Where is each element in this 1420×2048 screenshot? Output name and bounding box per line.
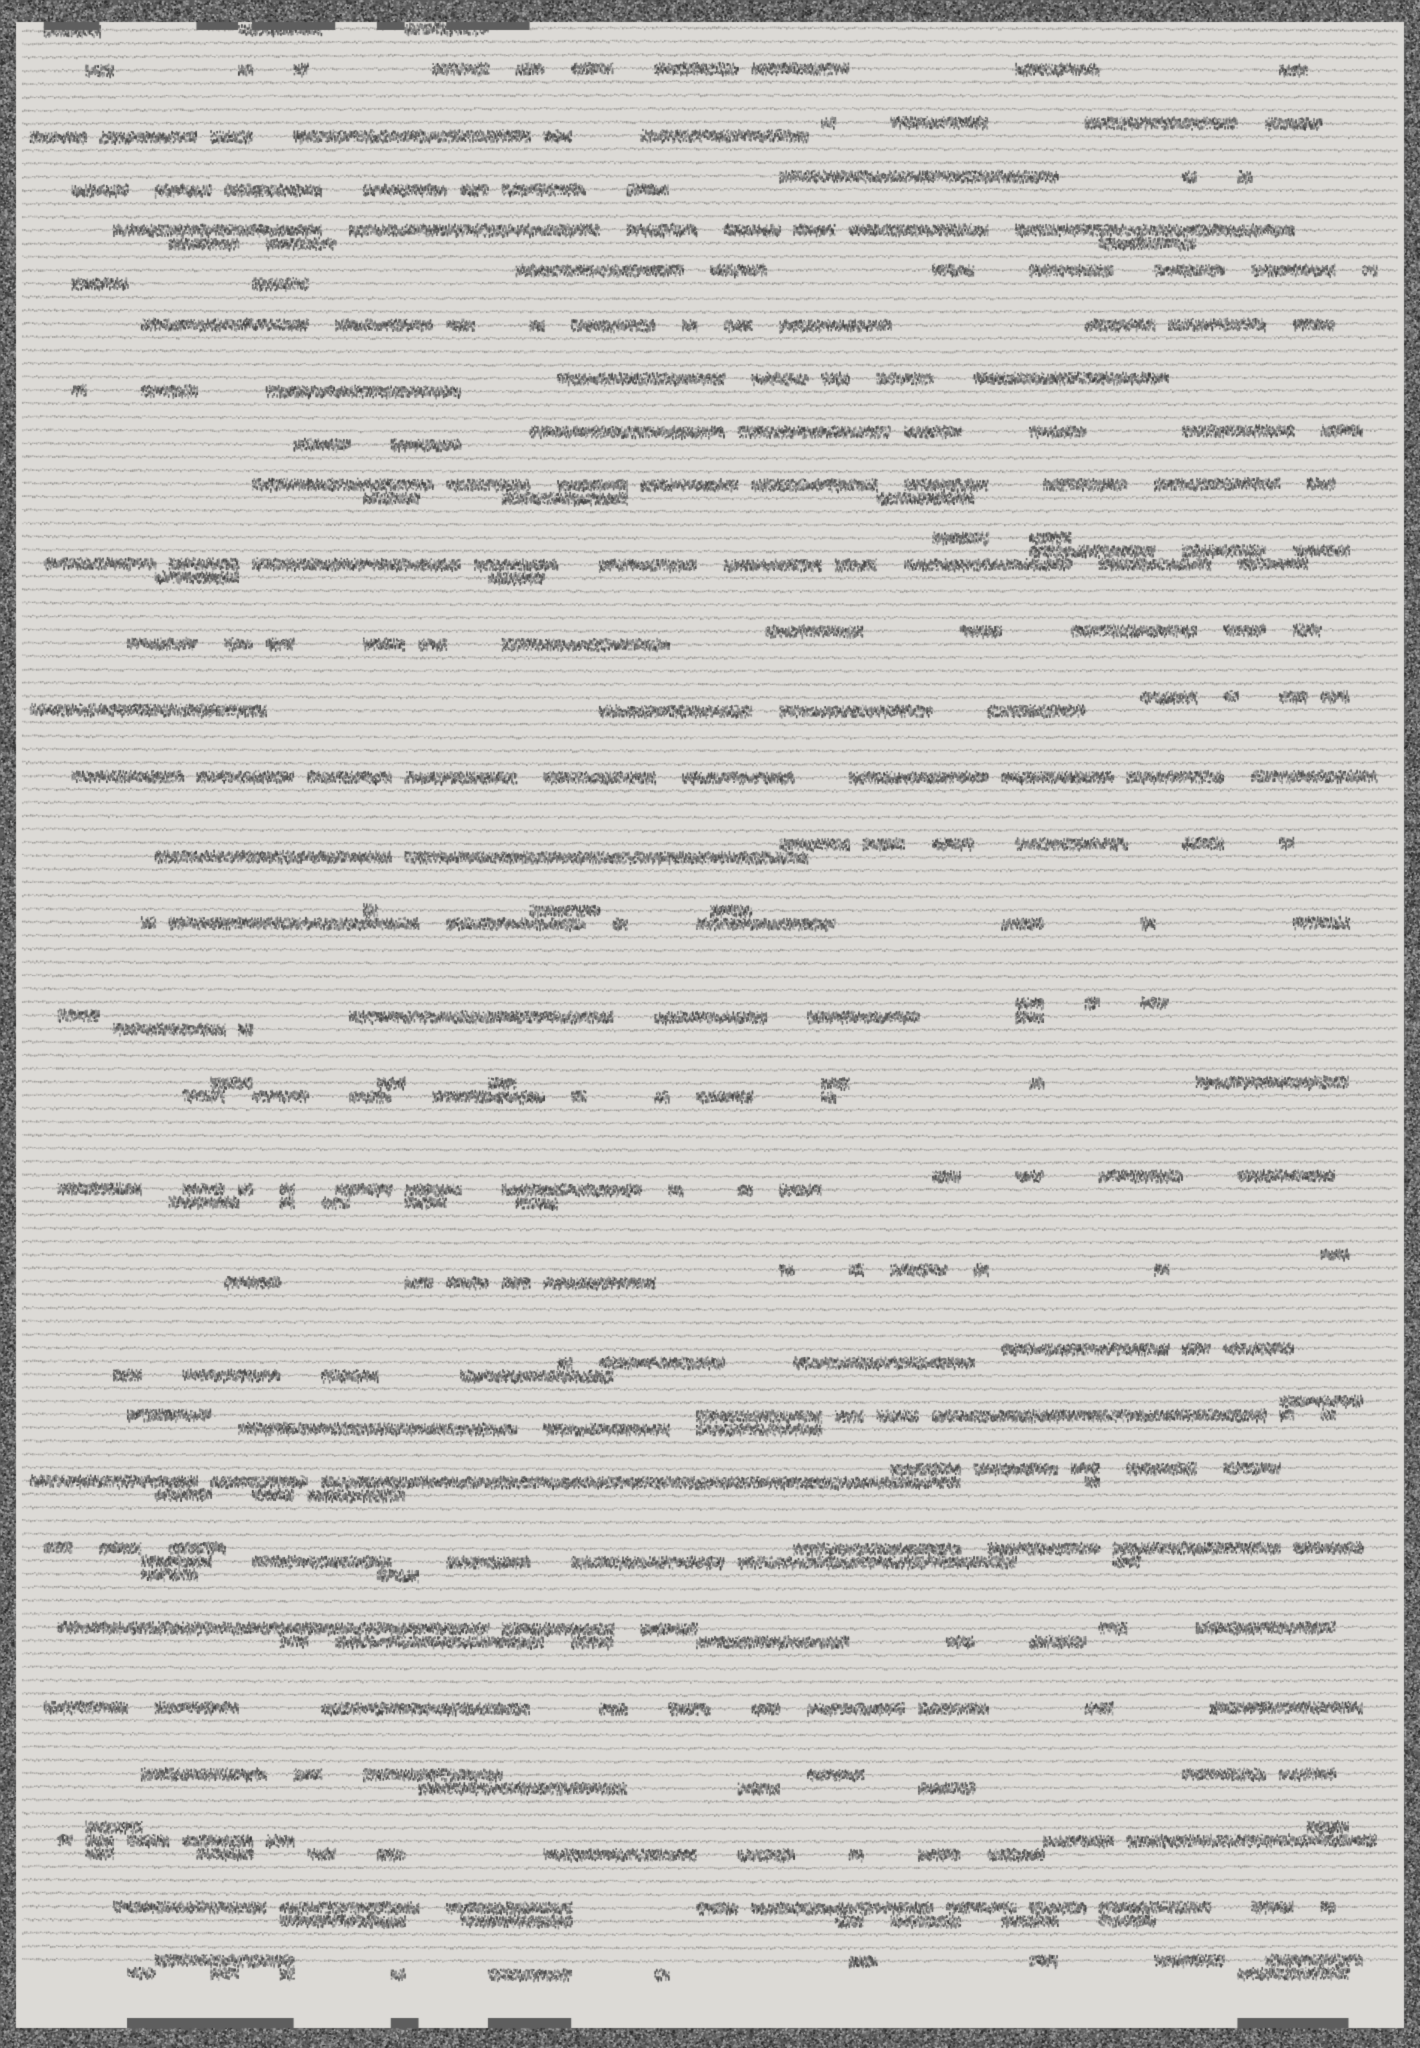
- artwork-canvas: [0, 0, 1420, 2048]
